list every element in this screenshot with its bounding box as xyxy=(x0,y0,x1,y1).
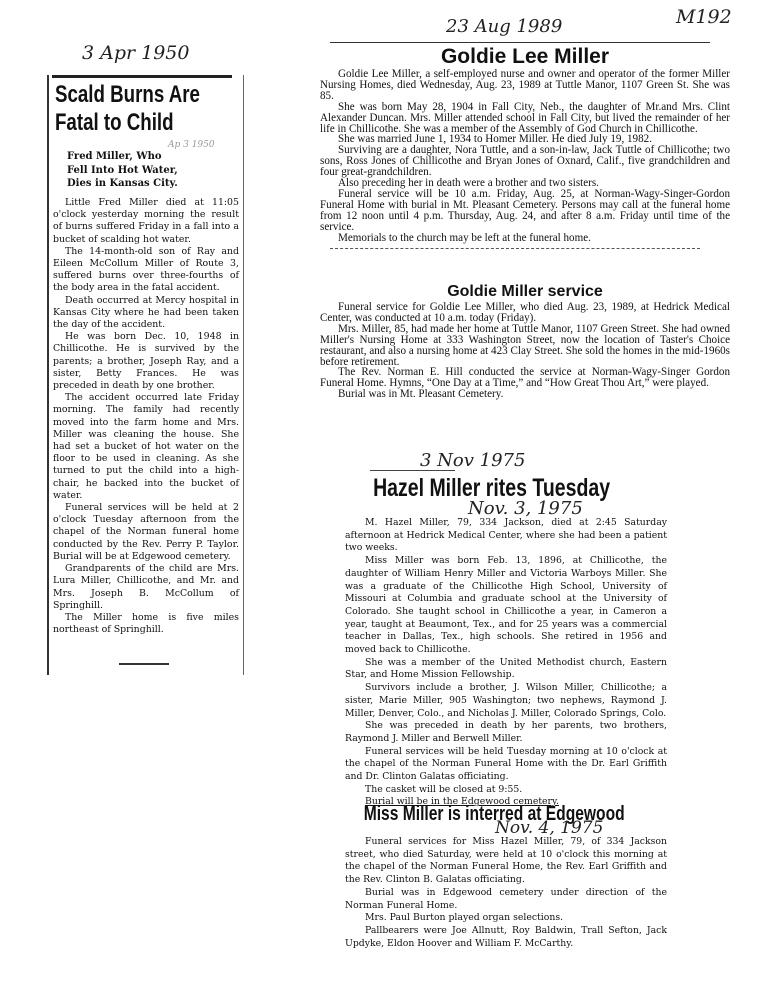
hazel-obituary: Hazel Miller rites Tuesday M. Hazel Mill… xyxy=(345,470,667,809)
end-rule xyxy=(119,663,169,665)
paragraph: Miss Miller was born Feb. 13, 1896, at C… xyxy=(345,555,667,657)
paragraph: The casket will be closed at 9:55. xyxy=(345,784,667,797)
paragraph: Funeral service for Goldie Lee Miller, w… xyxy=(320,302,730,324)
paragraph: The Rev. Norman E. Hill conducted the se… xyxy=(320,367,730,389)
article-body: Goldie Lee Miller, a self-employed nurse… xyxy=(320,69,730,244)
paragraph: He was born Dec. 10, 1948 in Chillicothe… xyxy=(53,331,239,392)
paragraph: Death occurred at Mercy hospital in Kans… xyxy=(53,295,239,332)
article-body: Funeral services for Miss Hazel Miller, … xyxy=(345,836,667,950)
subheadline-line: Dies in Kansas City. xyxy=(67,177,237,191)
headline: Goldie Miller service xyxy=(320,282,730,302)
subheadline-line: Fred Miller, Who xyxy=(67,150,237,164)
paragraph: The 14-month-old son of Ray and Eileen M… xyxy=(53,246,239,295)
hazel-interred-article: Miss Miller is interred at Edgewood Fune… xyxy=(345,802,667,950)
divider xyxy=(330,248,700,250)
paragraph: The Miller home is five miles northeast … xyxy=(53,612,239,636)
paragraph: Funeral service will be 10 a.m. Friday, … xyxy=(320,189,730,233)
subheadline-line: Fell Into Hot Water, xyxy=(67,164,237,178)
paragraph: M. Hazel Miller, 79, 334 Jackson, died a… xyxy=(345,517,667,555)
paragraph: Mrs. Paul Burton played organ selections… xyxy=(345,912,667,925)
paragraph: Goldie Lee Miller, a self-employed nurse… xyxy=(320,69,730,102)
headline: Miss Miller is interred at Edgewood xyxy=(345,802,691,826)
paragraph: Burial was in Mt. Pleasant Cemetery. xyxy=(320,389,730,400)
paragraph: Funeral services will be held Tuesday mo… xyxy=(345,746,667,784)
paragraph: She was born May 28, 1904 in Fall City, … xyxy=(320,102,730,135)
clipping-1950: Scald Burns Are Fatal to Child Fred Mill… xyxy=(47,75,244,675)
paragraph: Pallbearers were Joe Allnutt, Roy Baldwi… xyxy=(345,925,667,950)
paragraph: Surviving are a daughter, Nora Tuttle, a… xyxy=(320,145,730,178)
paragraph: Funeral services for Miss Hazel Miller, … xyxy=(345,836,667,887)
top-rule xyxy=(52,75,232,78)
headline-line-2: Fatal to Child xyxy=(55,109,242,137)
subheadline: Fred Miller, Who Fell Into Hot Water, Di… xyxy=(67,150,237,191)
paragraph: Funeral services will be held at 2 o'clo… xyxy=(53,502,239,563)
date-annotation-1950: 3 Apr 1950 xyxy=(82,42,190,64)
paragraph: She was a member of the United Methodist… xyxy=(345,657,667,682)
paragraph: She was preceded in death by her parents… xyxy=(345,720,667,745)
headline: Hazel Miller rites Tuesday xyxy=(345,473,701,503)
paragraph: Burial was in Edgewood cemetery under di… xyxy=(345,887,667,912)
paragraph: Grandparents of the child are Mrs. Lura … xyxy=(53,563,239,612)
top-rule xyxy=(330,42,710,43)
article-body: Little Fred Miller died at 11:05 o'clock… xyxy=(53,197,239,636)
goldie-service-article: Goldie Miller service Funeral service fo… xyxy=(320,282,730,400)
goldie-obituary: Goldie Lee Miller Goldie Lee Miller, a s… xyxy=(320,42,730,250)
top-rule xyxy=(370,470,455,471)
headline-line-1: Scald Burns Are xyxy=(55,81,242,109)
headline: Goldie Lee Miller xyxy=(320,45,730,69)
article-body: M. Hazel Miller, 79, 334 Jackson, died a… xyxy=(345,517,667,809)
catalog-number-annotation: M192 xyxy=(676,6,732,28)
paragraph: Little Fred Miller died at 11:05 o'clock… xyxy=(53,197,239,246)
paragraph: Survivors include a brother, J. Wilson M… xyxy=(345,682,667,720)
date-annotation-1975: 3 Nov 1975 xyxy=(420,450,525,471)
paragraph: Memorials to the church may be left at t… xyxy=(320,233,730,244)
paragraph: The accident occurred late Friday mornin… xyxy=(53,392,239,502)
date-annotation-1989: 23 Aug 1989 xyxy=(446,16,562,37)
article-body: Funeral service for Goldie Lee Miller, w… xyxy=(320,302,730,400)
paragraph: Mrs. Miller, 85, had made her home at Tu… xyxy=(320,324,730,368)
headline: Scald Burns Are Fatal to Child xyxy=(55,81,242,137)
